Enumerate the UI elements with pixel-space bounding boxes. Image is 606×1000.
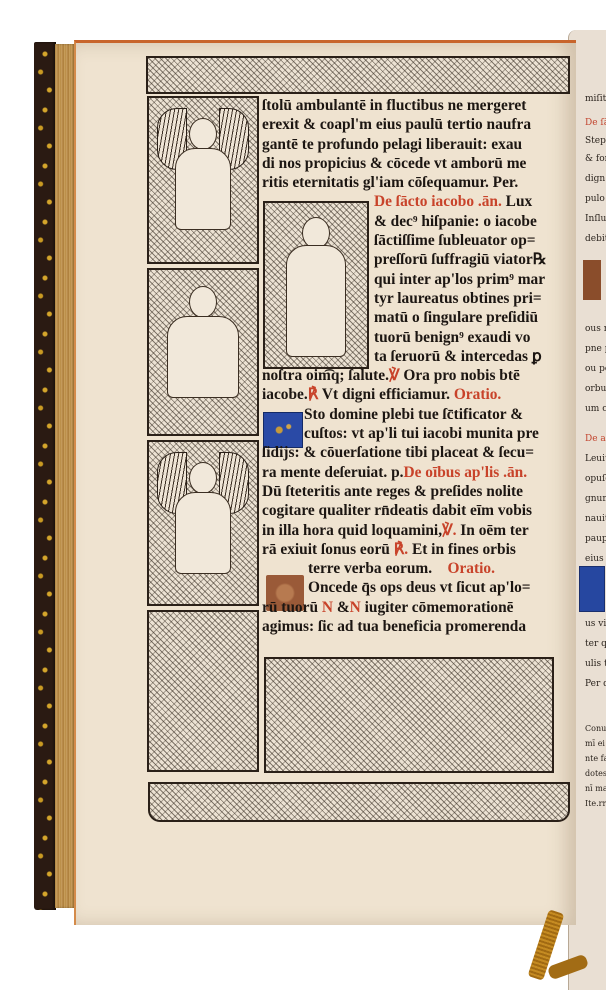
right-fragment: opuſo	[585, 470, 606, 488]
figure-head	[189, 118, 217, 150]
rubric-all-apostles: De oībus ap'lis .ān.	[403, 464, 527, 481]
woodcut-angel-christ-lower	[147, 440, 259, 606]
text-line: ritis eternitatis gl'iam cōſequamur. Per…	[262, 173, 554, 192]
text-line: tyr laureatus obtines pri=	[262, 289, 554, 308]
versicle-mark: ℣	[389, 367, 400, 384]
figure-body	[167, 316, 239, 398]
text-line: Dū ſteteritis ante reges & preſides noli…	[262, 482, 554, 501]
gilt-page-edges	[55, 44, 75, 908]
text-line: rā exiuit ſonus eorū ℟. Et in fines orbi…	[262, 540, 554, 559]
right-fragment: um chriſtū	[585, 400, 606, 418]
figure-head	[189, 286, 217, 318]
text-line: erexit & coapl'm eius paulū tertio naufr…	[262, 115, 554, 134]
woodcut-pieta	[147, 268, 259, 436]
response-mark: ℟	[308, 386, 319, 403]
figure-body	[175, 492, 231, 574]
right-fragment: ous martyrum	[585, 320, 606, 338]
figure-body	[175, 148, 231, 230]
blue-initial-right	[579, 566, 605, 612]
gilt-binding-spine	[34, 42, 56, 910]
right-fragment: nauit	[585, 510, 606, 528]
right-fragment: pne pedical	[585, 340, 606, 358]
brown-initial-right	[583, 260, 601, 300]
right-fragment: Leuita	[585, 450, 606, 468]
text-line: cogitare qualiter rn̄deatis dabit eīm vo…	[262, 501, 554, 520]
right-fragment: Steph	[585, 132, 606, 150]
latin-text-block: ſtolū ambulantē in fluctibus ne mergeret…	[262, 96, 554, 636]
figure-head	[189, 462, 217, 494]
text-line: cuſtos: vt ap'li tui iacobi munita pre	[262, 424, 554, 443]
right-fragment: pauper	[585, 530, 606, 548]
right-fragment: & fort	[585, 150, 606, 168]
right-fragment: eius m	[585, 550, 606, 568]
text-line: matū o ſingulare preſidiū	[262, 308, 554, 327]
name-placeholder-n: N	[350, 599, 361, 616]
text-line: & dec⁹ hiſpanie: o iacobe	[262, 212, 554, 231]
right-fragment: gnum	[585, 490, 606, 508]
text-line: Sto domine plebi tue ſc̄tificator &	[262, 405, 554, 424]
rubric-st-james: De ſācto iacobo .ān.	[374, 193, 502, 210]
woodcut-angel-christ-upper	[147, 96, 259, 264]
response-mark: ℟.	[394, 541, 408, 558]
text-line: preſſorū ſuffragiū viator℞	[262, 250, 554, 269]
right-fragment: ou percelſo	[585, 360, 606, 378]
right-fragment: debit m	[585, 230, 606, 248]
gothic-arcade-base-border	[148, 782, 570, 822]
right-fragment: miſit p	[585, 90, 606, 108]
text-line: ta ſeruorū & intercedas ꝑ	[262, 347, 554, 366]
text-line: gantē te profundo pelagi liberauit: exau	[262, 135, 554, 154]
text-line: qui inter ap'los prim⁹ mar	[262, 270, 554, 289]
woodcut-grotesque-beasts	[147, 610, 259, 772]
text-line: rū tuorū N &N iugiter cōmemorationē	[262, 598, 554, 617]
right-fragment: De ſā	[585, 114, 606, 132]
versicle-mark: ℣.	[442, 522, 456, 539]
text-line: in illa hora quid loquamini,℣. In oēm te…	[262, 521, 554, 540]
text-line: noſtra oim͡q; ſalute.℣ Ora pro nobis btē	[262, 366, 554, 385]
right-fragment: dign	[585, 170, 605, 188]
right-fragment: pulo	[585, 190, 605, 208]
text-line: ſtolū ambulantē in fluctibus ne mergeret	[262, 96, 554, 115]
right-fragment: Ite.rr	[585, 795, 606, 813]
woodcut-dragon-foliage	[264, 657, 554, 773]
text-line: De ſācto iacobo .ān. Lux	[262, 192, 554, 211]
right-fragment: ulis tormen	[585, 655, 606, 673]
text-line: ſāctiſſime ſubleuator op=	[262, 231, 554, 250]
rubric-oratio: Oratio.	[454, 386, 501, 403]
text-line: agimus: ſic ad tua beneficia promerenda	[262, 617, 554, 636]
foliate-top-border	[146, 56, 570, 94]
right-fragment: orbus e	[585, 380, 606, 398]
right-fragment: ter qui bea	[585, 635, 606, 653]
name-placeholder-n: N	[322, 599, 333, 616]
text-line: iacobe.℟ Vt digni efficiamur. Oratio.	[262, 385, 554, 404]
text-line: ſidijs: & cōuerſatione tibi placeat & ſe…	[262, 443, 554, 462]
text-line: ra mente deſeruiat. p.De oībus ap'lis .ā…	[262, 463, 554, 482]
text-line: terre verba eorum. Oratio.	[262, 559, 554, 578]
text-line: Oncede q̄s ops deus vt ſicut ap'lo=	[262, 578, 554, 597]
right-fragment: us vitior	[585, 615, 606, 633]
text-line: di nos propicius & cōcede vt amborū me	[262, 154, 554, 173]
right-fragment: Inſlu	[585, 210, 606, 228]
rubric-oratio: Oratio.	[447, 560, 494, 577]
right-fragment: De an	[585, 430, 606, 448]
right-fragment: Per dom	[585, 675, 606, 693]
text-line: tuorū benign⁹ exaudi vo	[262, 328, 554, 347]
